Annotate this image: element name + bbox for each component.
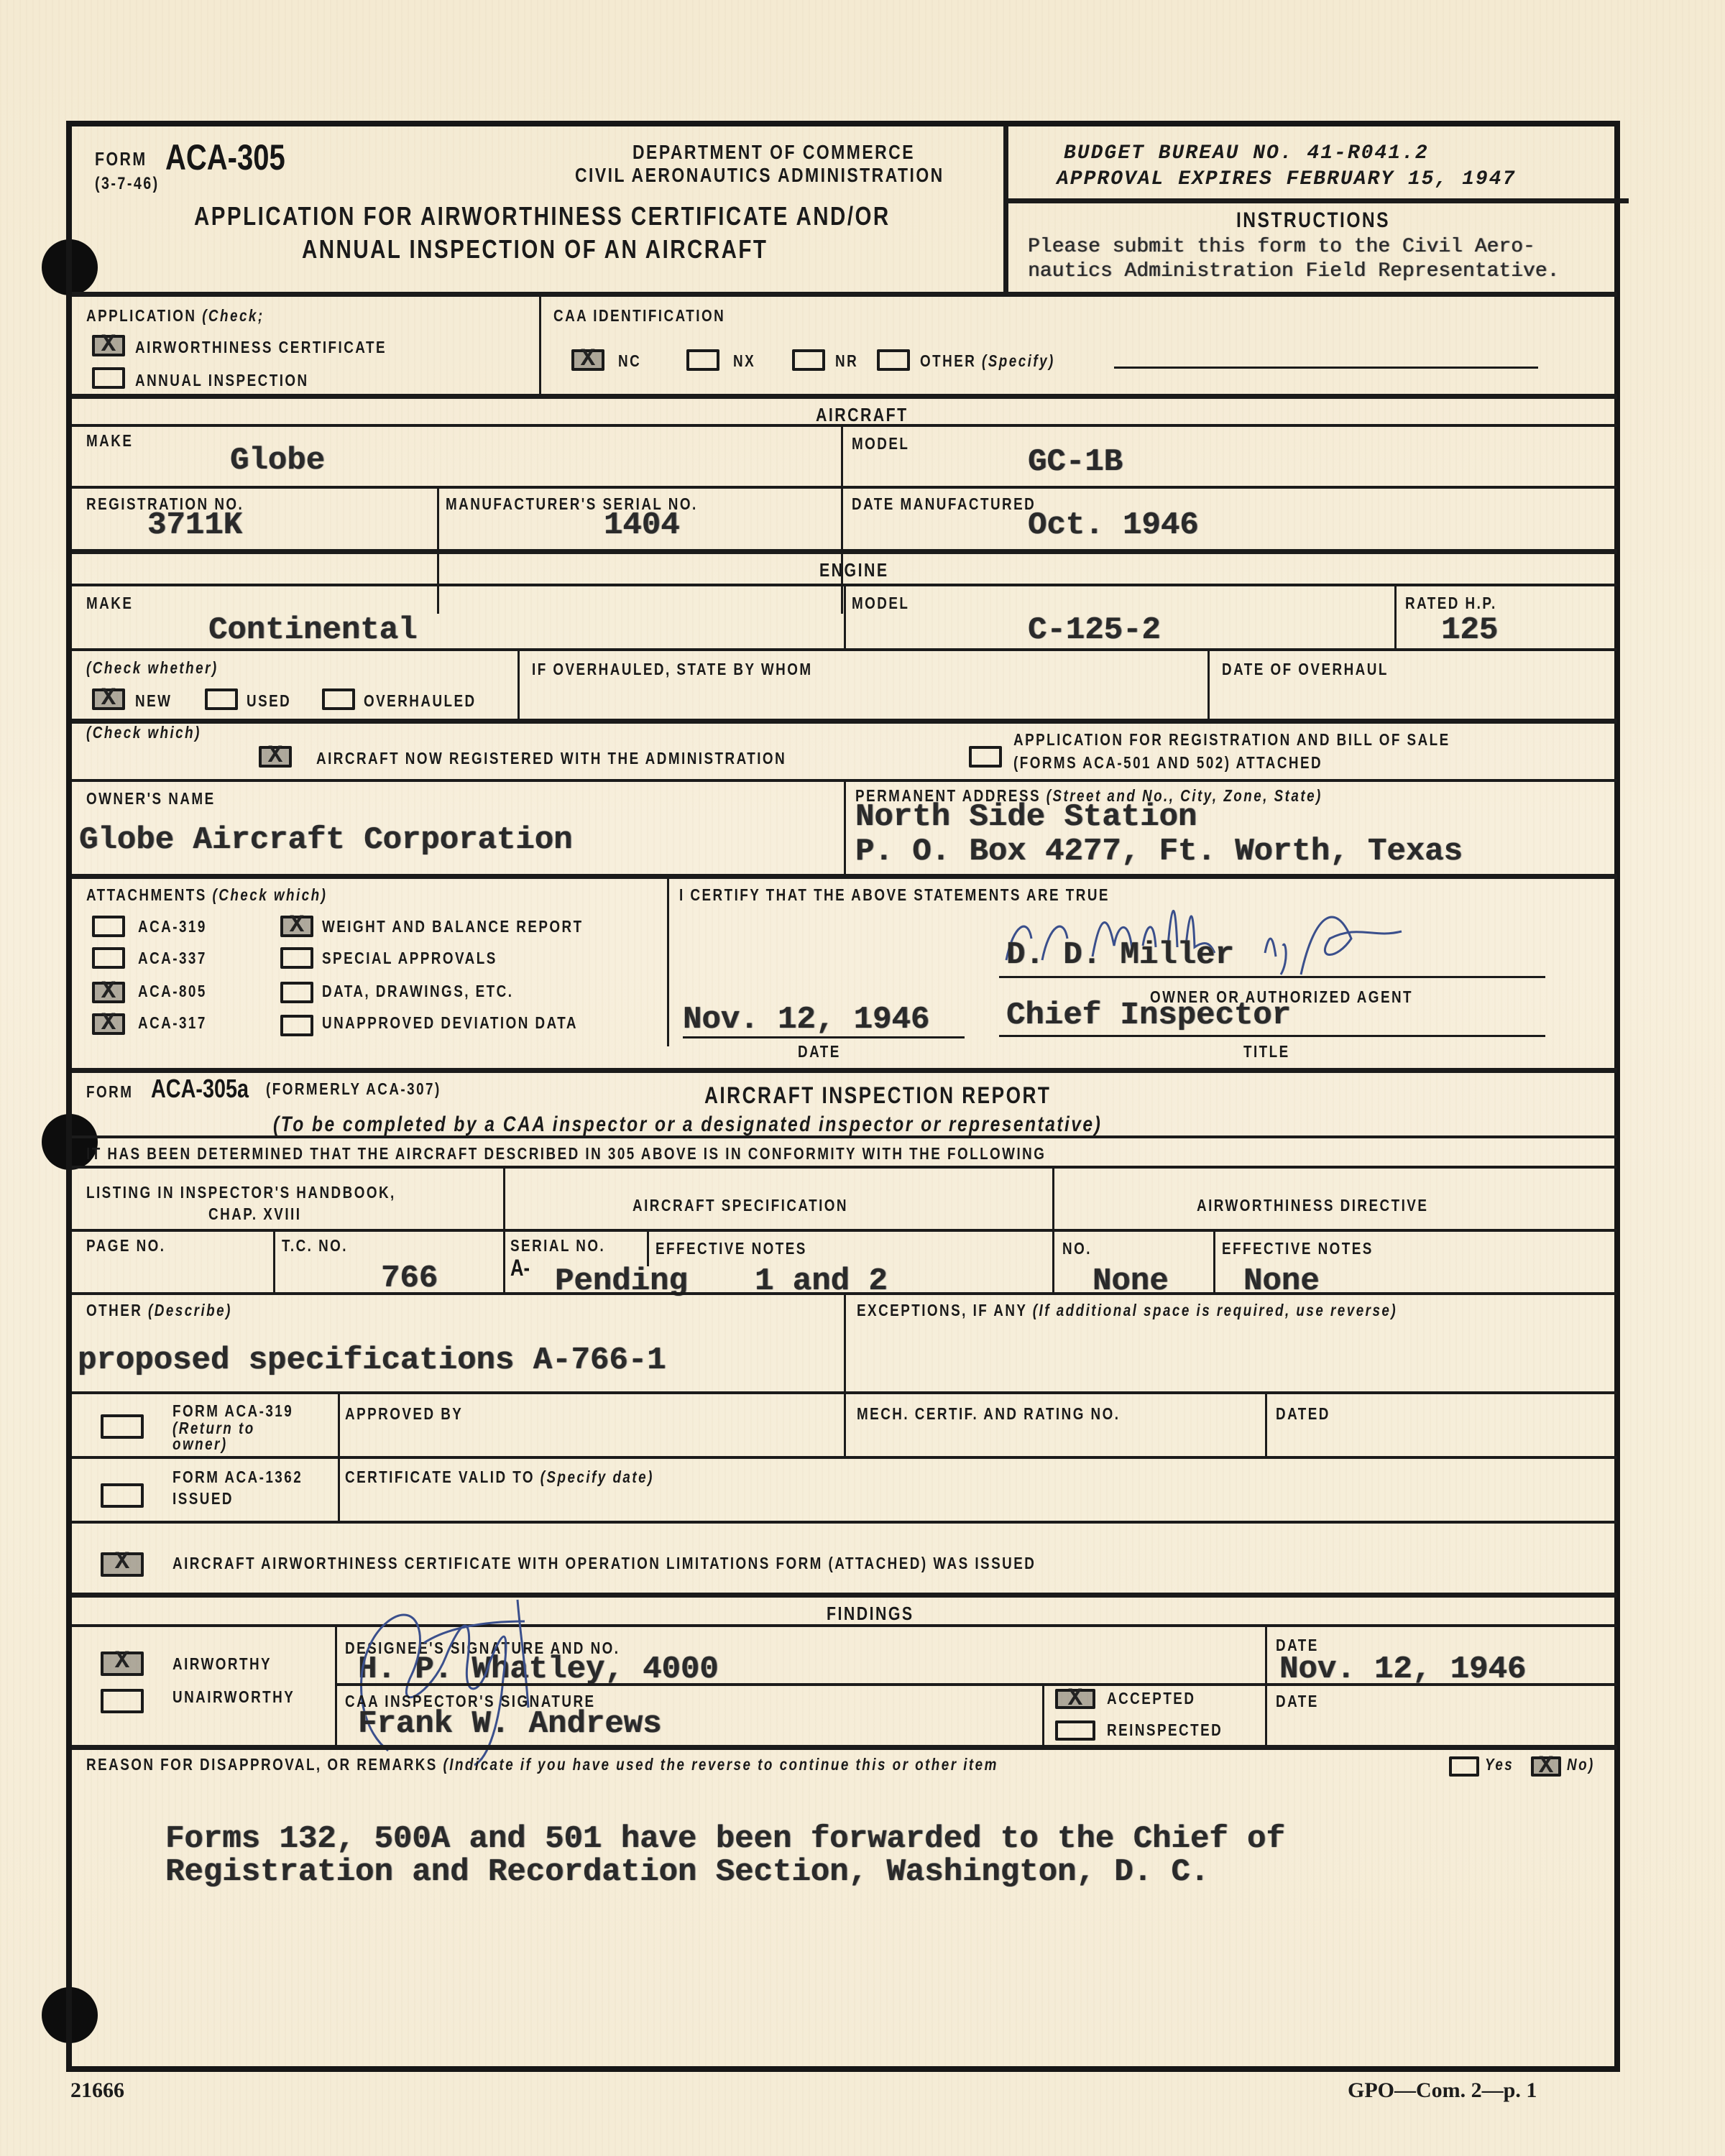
- address-line-1: North Side Station: [855, 799, 1197, 835]
- application-label: APPLICATION (Check;: [86, 306, 264, 326]
- engine-model-label: MODEL: [852, 594, 909, 613]
- remarks-label: REASON FOR DISAPPROVAL, OR REMARKS (Indi…: [86, 1755, 998, 1774]
- checkbox-application-for-registration[interactable]: [969, 746, 1002, 768]
- inspection-report-title: AIRCRAFT INSPECTION REPORT: [704, 1082, 1051, 1109]
- divider: [72, 292, 1617, 297]
- instructions-text-1: Please submit this form to the Civil Aer…: [1028, 236, 1535, 258]
- conformity-statement: IT HAS BEEN DETERMINED THAT THE AIRCRAFT…: [86, 1144, 1046, 1164]
- checkbox-special-approvals[interactable]: [280, 947, 313, 969]
- other-describe-value: proposed specifications A-766-1: [78, 1342, 666, 1378]
- aircraft-section-title: AIRCRAFT: [816, 404, 908, 426]
- checkbox-remarks-no[interactable]: [1531, 1756, 1561, 1777]
- engine-make-label: MAKE: [86, 594, 133, 613]
- other-describe-label: OTHER (Describe): [86, 1301, 232, 1320]
- aca-337-label: ACA-337: [138, 949, 207, 968]
- date-manufactured-label: DATE MANUFACTURED: [852, 494, 1036, 514]
- airworthiness-certificate-label: AIRWORTHINESS CERTIFICATE: [135, 338, 387, 357]
- divider: [1003, 198, 1629, 203]
- divider: [72, 719, 1617, 724]
- tc-no-label: T.C. NO.: [282, 1236, 348, 1256]
- aircraft-make-value: Globe: [230, 443, 325, 479]
- checkbox-airworthy[interactable]: [101, 1651, 144, 1676]
- checkbox-other[interactable]: [877, 349, 910, 371]
- instructions-text-2: nautics Administration Field Representat…: [1028, 260, 1559, 282]
- caa-date-label: DATE: [1276, 1692, 1319, 1711]
- checkbox-nx[interactable]: [686, 349, 719, 371]
- form-aca-319-label: FORM ACA-319: [172, 1401, 293, 1421]
- listing-label-2: CHAP. XVIII: [208, 1204, 301, 1224]
- form-title-line2: ANNUAL INSPECTION OF AN AIRCRAFT: [302, 234, 768, 264]
- form-aca-319-hint-2: owner): [172, 1434, 228, 1454]
- divider: [72, 1456, 1617, 1459]
- ad-effective-notes-label: EFFECTIVE NOTES: [1222, 1239, 1374, 1258]
- divider: [72, 1135, 1617, 1138]
- ad-no-label: NO.: [1062, 1239, 1092, 1258]
- engine-overhauled-label: OVERHAULED: [364, 691, 477, 711]
- approval-expires: APPROVAL EXPIRES FEBRUARY 15, 1947: [1057, 168, 1516, 190]
- checkbox-accepted[interactable]: [1055, 1689, 1095, 1709]
- date-manufactured-value: Oct. 1946: [1028, 507, 1199, 543]
- engine-section-title: ENGINE: [819, 559, 889, 581]
- divider: [72, 549, 1617, 554]
- data-drawings-label: DATA, DRAWINGS, ETC.: [322, 982, 513, 1001]
- findings-title: FINDINGS: [827, 1603, 914, 1625]
- application-registration-label-2: (FORMS ACA-501 AND 502) ATTACHED: [1013, 753, 1322, 773]
- aircraft-specification-label: AIRCRAFT SPECIFICATION: [632, 1196, 848, 1215]
- divider: [72, 486, 1617, 489]
- footer-form-code: 21666: [70, 2078, 124, 2103]
- nx-label: NX: [733, 351, 755, 371]
- engine-model-value: C-125-2: [1028, 612, 1161, 648]
- divider: [1213, 1229, 1215, 1294]
- approved-by-label: APPROVED BY: [345, 1404, 463, 1424]
- checkbox-aca-805[interactable]: [92, 982, 125, 1003]
- checkbox-aca-337[interactable]: [92, 947, 125, 969]
- divider: [72, 1166, 1617, 1169]
- checkbox-aca-319[interactable]: [92, 916, 125, 937]
- checkbox-certificate-issued[interactable]: [101, 1552, 144, 1577]
- exceptions-label: EXCEPTIONS, IF ANY (If additional space …: [857, 1301, 1397, 1320]
- divider: [1265, 1391, 1267, 1457]
- tc-no-value: 766: [381, 1261, 438, 1296]
- divider: [1003, 126, 1008, 293]
- exceptions-field[interactable]: [857, 1341, 1604, 1384]
- inspection-report-subtitle: (To be completed by a CAA inspector or a…: [273, 1112, 1102, 1137]
- form-number: ACA-305: [165, 137, 285, 178]
- remarks-yes-label: Yes: [1485, 1755, 1514, 1774]
- instructions-title: INSTRUCTIONS: [1236, 208, 1390, 233]
- checkbox-form-aca-319[interactable]: [101, 1414, 144, 1439]
- form-title-line1: APPLICATION FOR AIRWORTHINESS CERTIFICAT…: [194, 201, 891, 231]
- mech-certif-label: MECH. CERTIF. AND RATING NO.: [857, 1404, 1120, 1424]
- checkbox-airworthiness-certificate[interactable]: [92, 335, 125, 356]
- aca-317-label: ACA-317: [138, 1013, 207, 1033]
- aircraft-model-label: MODEL: [852, 434, 909, 453]
- signature-line[interactable]: [999, 976, 1545, 978]
- other-specify-line[interactable]: [1114, 367, 1538, 369]
- checkbox-unairworthy[interactable]: [101, 1689, 144, 1713]
- checkbox-unapproved-deviation[interactable]: [280, 1015, 313, 1036]
- aircraft-make-label: MAKE: [86, 431, 133, 451]
- checkbox-aircraft-registered[interactable]: [259, 746, 292, 768]
- airworthy-label: AIRWORTHY: [172, 1654, 272, 1674]
- serial-no-prefix: A-: [510, 1255, 530, 1281]
- checkbox-aca-317[interactable]: [92, 1013, 125, 1035]
- divider: [72, 424, 1617, 427]
- designee-date-value: Nov. 12, 1946: [1279, 1651, 1526, 1687]
- header-left: FORM ACA-305 (3-7-46) DEPARTMENT OF COMM…: [72, 126, 1006, 293]
- designee-handwritten-signature-icon: [345, 1578, 575, 1772]
- form-aca-305: FORM ACA-305 (3-7-46) DEPARTMENT OF COMM…: [66, 121, 1620, 2072]
- unapproved-deviation-label: UNAPPROVED DEVIATION DATA: [322, 1013, 578, 1033]
- owner-name-value: Globe Aircraft Corporation: [79, 822, 573, 858]
- divider: [1394, 584, 1397, 650]
- special-approvals-label: SPECIAL APPROVALS: [322, 949, 497, 968]
- airworthiness-directive-label: AIRWORTHINESS DIRECTIVE: [1197, 1196, 1428, 1215]
- form-305a-number: ACA-305a: [151, 1074, 249, 1104]
- certificate-valid-to-label: CERTIFICATE VALID TO (Specify date): [345, 1468, 654, 1487]
- remarks-line-1: Forms 132, 500A and 501 have been forwar…: [165, 1821, 1285, 1857]
- engine-new-label: NEW: [135, 691, 172, 711]
- page-no-label: PAGE NO.: [86, 1236, 166, 1256]
- checkbox-data-drawings[interactable]: [280, 982, 313, 1003]
- divider: [72, 874, 1617, 879]
- divider: [1207, 648, 1210, 720]
- unairworthy-label: UNAIRWORTHY: [172, 1687, 295, 1707]
- divider: [72, 1593, 1617, 1598]
- divider: [335, 1683, 1617, 1686]
- divider: [667, 874, 669, 1046]
- divider: [72, 394, 1617, 399]
- checkbox-engine-overhauled[interactable]: [322, 688, 355, 710]
- overhauled-by-label: IF OVERHAULED, STATE BY WHOM: [532, 660, 813, 679]
- checkbox-engine-used[interactable]: [205, 688, 238, 710]
- registration-no-value: 3711K: [147, 507, 242, 543]
- manufacturer-serial-value: 1404: [604, 507, 680, 543]
- nr-label: NR: [835, 351, 858, 371]
- checkbox-remarks-yes[interactable]: [1449, 1756, 1479, 1777]
- divider: [517, 648, 520, 720]
- divider: [72, 1521, 1617, 1524]
- certification-date-value: Nov. 12, 1946: [683, 1002, 929, 1038]
- rated-hp-label: RATED H.P.: [1405, 594, 1497, 613]
- checkbox-weight-balance-report[interactable]: [280, 916, 313, 937]
- form-aca-1362-issued: ISSUED: [172, 1489, 234, 1508]
- aircraft-model-value: GC-1B: [1028, 444, 1123, 480]
- serial-no-label: SERIAL NO.: [510, 1236, 605, 1256]
- accepted-label: ACCEPTED: [1107, 1689, 1195, 1708]
- footer-gpo: GPO—Com. 2—p. 1: [1348, 2078, 1537, 2103]
- checkbox-engine-new[interactable]: [92, 688, 125, 710]
- annual-inspection-label: ANNUAL INSPECTION: [135, 371, 309, 390]
- divider: [72, 1229, 1617, 1232]
- engine-make-value: Continental: [208, 612, 417, 648]
- form-label: FORM: [95, 148, 147, 170]
- title-line: [999, 1035, 1545, 1037]
- department: DEPARTMENT OF COMMERCE: [632, 141, 915, 164]
- engine-used-label: USED: [247, 691, 291, 711]
- listing-label-1: LISTING IN INSPECTOR'S HANDBOOK,: [86, 1183, 396, 1202]
- title-value: Chief Inspector: [1006, 998, 1291, 1033]
- checkbox-form-aca-1362[interactable]: [101, 1483, 144, 1508]
- owner-signer-typed: D. D. Miller: [1006, 937, 1234, 973]
- form-305a-label: FORM: [86, 1082, 133, 1102]
- remarks-line-2: Registration and Recordation Section, Wa…: [165, 1854, 1209, 1890]
- formerly-label: (FORMERLY ACA-307): [266, 1079, 441, 1099]
- divider: [72, 1068, 1617, 1073]
- certificate-issued-label: AIRCRAFT AIRWORTHINESS CERTIFICATE WITH …: [172, 1554, 1036, 1573]
- divider: [844, 584, 846, 650]
- divider: [72, 1624, 1617, 1627]
- checkbox-annual-inspection[interactable]: [92, 367, 125, 389]
- title-label: TITLE: [1243, 1042, 1290, 1061]
- divider: [844, 1391, 846, 1457]
- form-aca-1362-label: FORM ACA-1362: [172, 1468, 303, 1487]
- form-date: (3-7-46): [95, 174, 160, 194]
- owner-name-label: OWNER'S NAME: [86, 789, 216, 808]
- checkbox-nr[interactable]: [792, 349, 825, 371]
- nc-label: NC: [618, 351, 641, 371]
- weight-balance-report-label: WEIGHT AND BALANCE REPORT: [322, 917, 584, 936]
- divider: [72, 648, 1617, 651]
- checkbox-nc[interactable]: [571, 349, 604, 371]
- spec-effective-notes-label: EFFECTIVE NOTES: [655, 1239, 807, 1258]
- date-label: DATE: [798, 1042, 841, 1061]
- overhaul-date-label: DATE OF OVERHAUL: [1222, 660, 1389, 679]
- administration: CIVIL AERONAUTICS ADMINISTRATION: [575, 164, 944, 187]
- date-line: [683, 1036, 965, 1038]
- remarks-no-label: No): [1567, 1755, 1595, 1774]
- check-which-label: (Check which): [86, 723, 201, 742]
- caa-identification-label: CAA IDENTIFICATION: [553, 306, 725, 326]
- aca-319-label: ACA-319: [138, 917, 207, 936]
- rated-hp-value: 125: [1441, 612, 1498, 648]
- dated-label: DATED: [1276, 1404, 1330, 1424]
- aca-805-label: ACA-805: [138, 982, 207, 1001]
- application-registration-label-1: APPLICATION FOR REGISTRATION AND BILL OF…: [1013, 730, 1450, 750]
- caa-inspector-value: Frank W. Andrews: [358, 1706, 661, 1742]
- attachments-label: ATTACHMENTS (Check which): [86, 885, 327, 905]
- divider: [1042, 1683, 1044, 1745]
- other-label: OTHER (Specify): [920, 351, 1055, 371]
- check-whether-label: (Check whether): [86, 658, 218, 678]
- divider: [844, 779, 846, 875]
- divider: [273, 1229, 275, 1294]
- divider: [72, 1745, 1617, 1750]
- aircraft-registered-label: AIRCRAFT NOW REGISTERED WITH THE ADMINIS…: [316, 749, 786, 768]
- checkbox-reinspected[interactable]: [1055, 1720, 1095, 1741]
- divider: [647, 1229, 649, 1266]
- reinspected-label: REINSPECTED: [1107, 1720, 1223, 1740]
- address-line-2: P. O. Box 4277, Ft. Worth, Texas: [855, 834, 1463, 870]
- budget-bureau-number: BUDGET BUREAU NO. 41-R041.2: [1064, 142, 1429, 165]
- divider: [844, 1292, 846, 1393]
- divider: [539, 293, 541, 394]
